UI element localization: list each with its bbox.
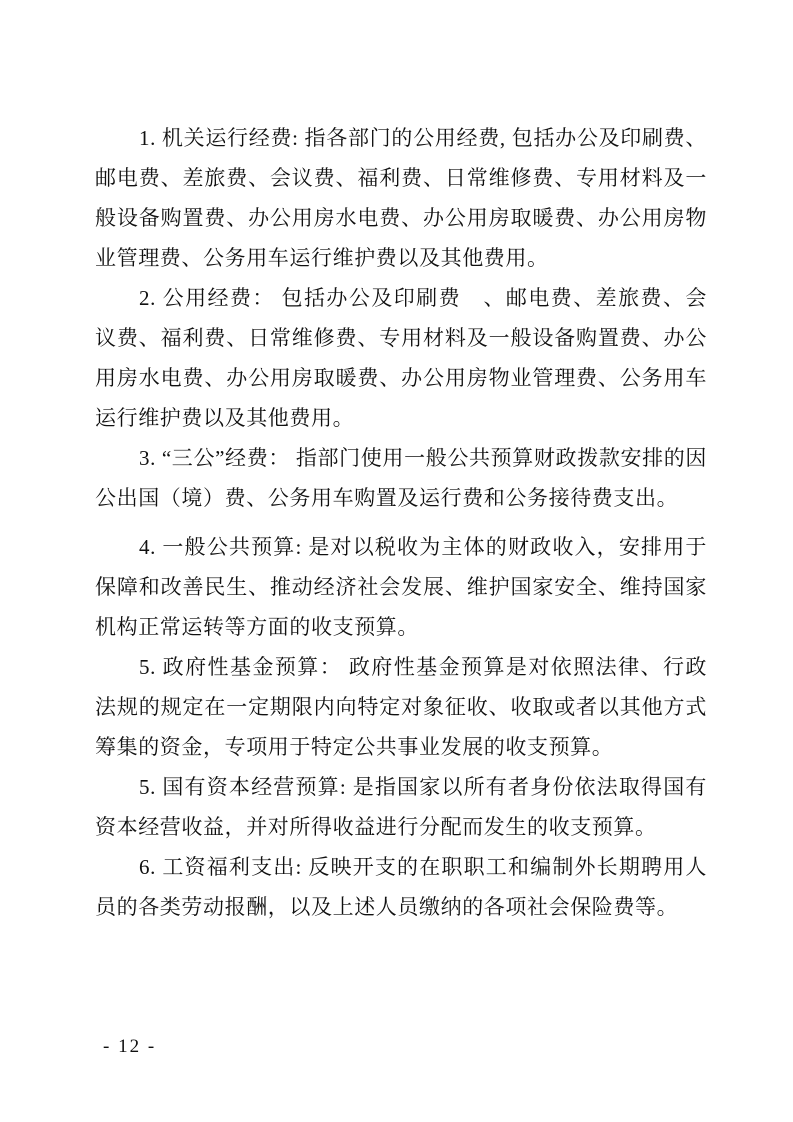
paragraph-three-public-expense: 3. “三公”经费： 指部门使用一般公共预算财政拨款安排的因公出国（境）费、公务… [95,438,707,518]
page-number: - 12 - [103,1036,156,1058]
paragraph-government-fund-budget: 5. 政府性基金预算： 政府性基金预算是对依照法律、行政法规的规定在一定期限内向… [95,647,707,767]
paragraph-office-operating-expense: 1. 机关运行经费: 指各部门的公用经费, 包括办公及印刷费、邮电费、差旅费、会… [95,118,707,278]
paragraph-public-expense: 2. 公用经费： 包括办公及印刷费 、邮电费、差旅费、会议费、福利费、日常维修费… [95,278,707,438]
paragraph-state-capital-budget: 5. 国有资本经营预算: 是指国家以所有者身份依法取得国有资本经营收益，并对所得… [95,767,707,847]
document-body: 1. 机关运行经费: 指各部门的公用经费, 包括办公及印刷费、邮电费、差旅费、会… [95,118,707,927]
paragraph-general-public-budget: 4. 一般公共预算: 是对以税收为主体的财政收入，安排用于保障和改善民生、推动经… [95,527,707,647]
paragraph-wage-welfare-expense: 6. 工资福利支出: 反映开支的在职职工和编制外长期聘用人员的各类劳动报酬，以及… [95,847,707,927]
